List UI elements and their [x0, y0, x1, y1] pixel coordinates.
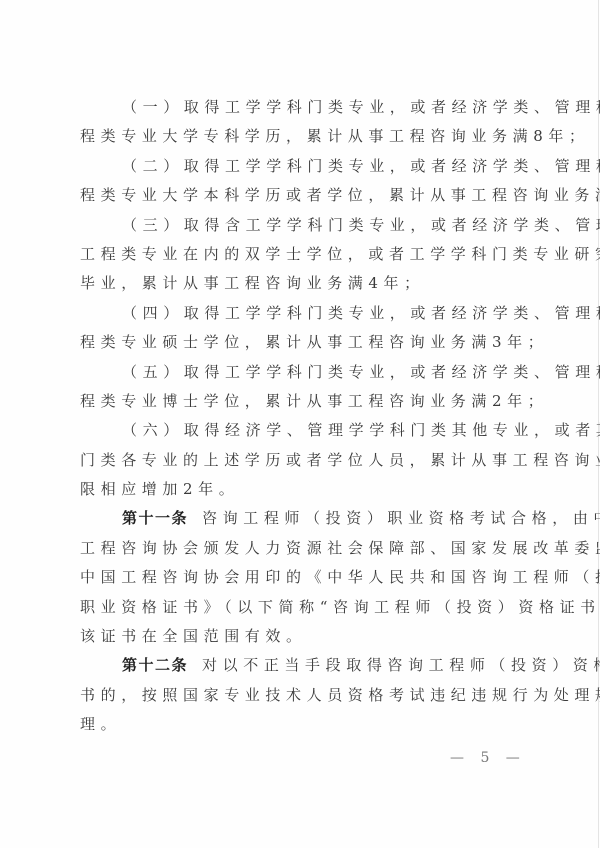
item-3-line-1: （三）取得含工学学科门类专业，或者经济学类、管理科学与 [80, 211, 525, 240]
article-11-line-4: 职业资格证书》（以下简称“咨询工程师（投资）资格证书”）。 [80, 593, 525, 622]
item-2-line-2: 程类专业大学本科学历或者学位，累计从事工程咨询业务满6年； [80, 181, 525, 210]
article-11-line-5: 该证书在全国范围有效。 [80, 622, 525, 651]
article-11-first-line: 咨询工程师（投资）职业资格考试合格，由中国 [202, 509, 600, 527]
document-page: （一）取得工学学科门类专业，或者经济学类、管理科学与工 程类专业大学专科学历，累… [0, 0, 600, 848]
article-11-heading: 第十一条 [122, 509, 188, 527]
article-12-line-2: 书的，按照国家专业技术人员资格考试违纪违规行为处理规定处 [80, 681, 525, 710]
item-3-line-3: 毕业，累计从事工程咨询业务满4年； [80, 269, 525, 298]
item-3-line-2: 工程类专业在内的双学士学位，或者工学学科门类专业研究生班 [80, 240, 525, 269]
page-number: — 5 — [450, 750, 526, 766]
item-4-line-2: 程类专业硕士学位，累计从事工程咨询业务满3年； [80, 328, 525, 357]
article-12-line-3: 理。 [80, 710, 525, 739]
document-body: （一）取得工学学科门类专业，或者经济学类、管理科学与工 程类专业大学专科学历，累… [80, 93, 525, 740]
article-11-line-3: 中国工程咨询协会用印的《中华人民共和国咨询工程师（投资） [80, 563, 525, 592]
item-6-line-1: （六）取得经济学、管理学学科门类其他专业，或者其他学科 [80, 416, 525, 445]
article-11-line-1: 第十一条咨询工程师（投资）职业资格考试合格，由中国 [80, 504, 525, 533]
article-12-heading: 第十二条 [122, 656, 188, 674]
article-11-line-2: 工程咨询协会颁发人力资源社会保障部、国家发展改革委监制， [80, 534, 525, 563]
item-2-line-1: （二）取得工学学科门类专业，或者经济学类、管理科学与工 [80, 152, 525, 181]
article-12-line-1: 第十二条对以不正当手段取得咨询工程师（投资）资格证 [80, 651, 525, 680]
item-5-line-2: 程类专业博士学位，累计从事工程咨询业务满2年； [80, 387, 525, 416]
item-4-line-1: （四）取得工学学科门类专业，或者经济学类、管理科学与工 [80, 299, 525, 328]
article-12-first-line: 对以不正当手段取得咨询工程师（投资）资格证 [202, 656, 600, 674]
item-5-line-1: （五）取得工学学科门类专业，或者经济学类、管理科学与工 [80, 358, 525, 387]
item-1-line-2: 程类专业大学专科学历，累计从事工程咨询业务满8年； [80, 122, 525, 151]
item-1-line-1: （一）取得工学学科门类专业，或者经济学类、管理科学与工 [80, 93, 525, 122]
item-6-line-2: 门类各专业的上述学历或者学位人员，累计从事工程咨询业务年 [80, 446, 525, 475]
item-6-line-3: 限相应增加2年。 [80, 475, 525, 504]
